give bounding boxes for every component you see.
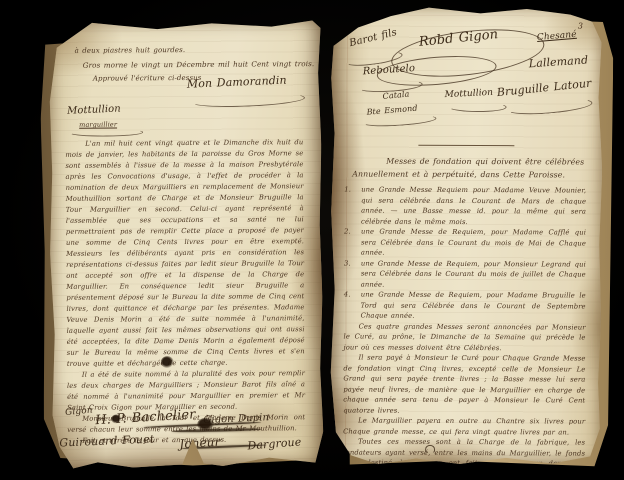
foundation-mass-item: 3. une Grande Messe de Requiem, pour Mon… — [344, 258, 586, 291]
signature-barot: Barot fils — [348, 27, 398, 49]
ink-blot — [111, 414, 121, 423]
item-text: une Grande Messe de Requiem, pour Madame… — [361, 228, 586, 257]
scanner-background: à deux piastres huit gourdes. Gros morne… — [0, 0, 624, 480]
signature-title-marguillier: marguillier — [79, 120, 117, 128]
ink-blot — [197, 418, 214, 431]
ink-blot — [161, 356, 174, 368]
page-number: 3 — [578, 21, 583, 30]
item-number: 2. — [344, 226, 351, 237]
foundation-mass-item: 2. une Grande Messe de Requiem, pour Mad… — [344, 226, 586, 259]
item-text: une Grande Messe Requiem pour Madame Veu… — [361, 186, 586, 226]
item-text: une Grande Messe de Requiem, pour Madame… — [361, 291, 586, 320]
manuscript-page-right: 3 Barot fils Reboutelo Catala Bte Esmond… — [329, 4, 603, 465]
signature-mottullion-left: Mottullion — [67, 104, 121, 117]
left-paragraph-1: L'an mil huit cent vingt quatre et le Di… — [65, 137, 305, 370]
left-body-text: L'an mil huit cent vingt quatre et le Di… — [65, 137, 305, 447]
heading-line-2: Annuellement et à perpétuité, dans Cette… — [352, 169, 565, 179]
signature-flourish — [69, 128, 143, 137]
signature-flourish — [191, 91, 305, 109]
right-paragraph-4: Toutes ces messes sont à la Charge de la… — [343, 436, 585, 479]
signature-mottullion-right: Mottullion — [444, 88, 493, 100]
ink-mark — [425, 445, 435, 454]
signature-guirouard: Guirouard Fouet — [59, 433, 154, 450]
foundation-mass-item: 1. une Grande Messe Requiem pour Madame … — [344, 184, 586, 227]
foundation-mass-item: 4. une Grande Messe de Requiem, pour Mad… — [344, 289, 586, 322]
item-number: 4. — [344, 289, 351, 300]
section-heading: Messes de fondation qui doivent être cél… — [352, 155, 584, 182]
heading-line-1: Messes de fondation qui doivent être cél… — [352, 157, 584, 167]
manuscript-page-left: à deux piastres huit gourdes. Gros morne… — [48, 19, 323, 469]
signature-lallemand: Lallemand — [528, 53, 588, 70]
signature-flourish — [506, 96, 593, 117]
signature-damorandin: Mon Damorandin — [187, 74, 287, 91]
separator-rule — [418, 145, 514, 146]
left-header-line-3: Approuvé l'écriture ci-dessus — [93, 74, 202, 83]
right-body-text: 1. une Grande Messe Requiem pour Madame … — [343, 184, 586, 479]
signature-bruguille-latour: Bruguille Latour — [496, 77, 592, 99]
right-paragraph-1: Ces quatre grandes Messes seront annoncé… — [343, 321, 585, 354]
item-number: 3. — [344, 258, 351, 269]
item-number: 1. — [344, 184, 351, 195]
right-paragraph-2: Il sera payé à Monsieur le Curé pour Cha… — [343, 352, 585, 416]
signature-catala: Catala — [382, 89, 410, 101]
left-header-line-1: à deux piastres huit gourdes. — [75, 46, 186, 55]
right-paragraph-3: Le Marguillier payera en outre au Chantr… — [343, 415, 585, 437]
left-header-line-2: Gros morne le vingt un Décembre mil huit… — [83, 59, 315, 70]
item-text: une Grande Messe de Requiem, pour Monsie… — [361, 259, 586, 288]
signature-flourish — [449, 102, 507, 112]
signature-chesane: Chesané — [537, 30, 578, 43]
